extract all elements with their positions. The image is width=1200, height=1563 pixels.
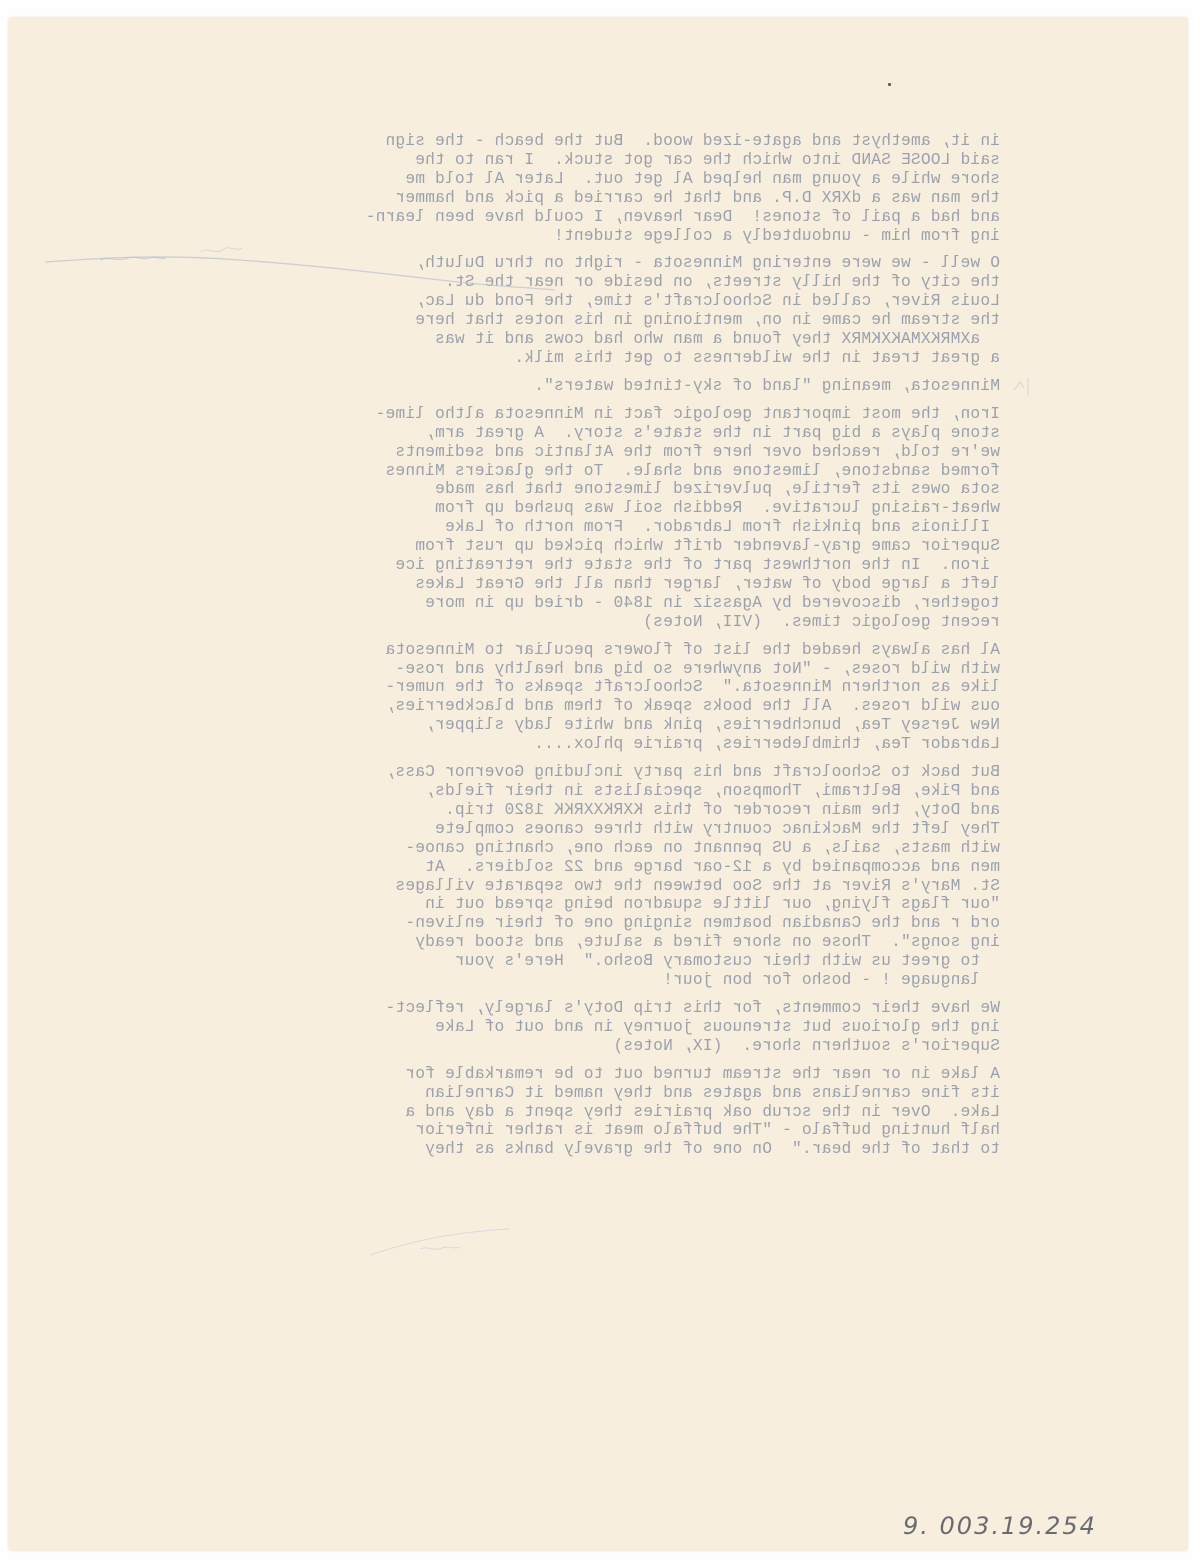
text-line: Al has always headed the list of flowers… xyxy=(140,641,1000,660)
text-line: shore while a young man helped Al get ou… xyxy=(140,170,1000,189)
archive-catalog-number: 9. 003.19.254 xyxy=(903,1512,1097,1540)
text-line: Lake. Over in the scrub oak prairies the… xyxy=(140,1103,1000,1122)
text-line: ous wild roses. All the books speak of t… xyxy=(140,697,1000,716)
text-line: Superior came gray-lavender drift which … xyxy=(140,537,1000,556)
text-line: we're told, reached over here from the A… xyxy=(140,443,1000,462)
text-line: "our flags flying, our little squadron b… xyxy=(140,895,1000,914)
text-line: its fine carnelians and agates and they … xyxy=(140,1084,1000,1103)
text-line: with masts, sails, a US pennant on each … xyxy=(140,839,1000,858)
text-line: a great treat in the wilderness to get t… xyxy=(140,349,1000,368)
paragraph-carnelian-lake: A lake in or near the stream turned out … xyxy=(140,1065,1000,1160)
paragraph-beach: in it, amethyst and agate-ized wood. But… xyxy=(140,132,1000,245)
text-line: Labrador Tea, thimbleberries, prairie ph… xyxy=(140,735,1000,754)
text-line: A lake in or near the stream turned out … xyxy=(140,1065,1000,1084)
text-line: Superior's southern shore. (IX, Notes) xyxy=(140,1037,1000,1056)
text-line: and Pike, Beltrami, Thompson, specialist… xyxy=(140,782,1000,801)
text-line: half hunting buffalo - "The buffalo meat… xyxy=(140,1121,1000,1140)
text-line: Minnesota, meaning "land of sky-tinted w… xyxy=(140,377,1000,396)
paragraph-wild-roses: Al has always headed the list of flowers… xyxy=(140,641,1000,754)
text-line: and had a pail of stones! Dear heaven, I… xyxy=(140,208,1000,227)
text-line: O well - we were entering Minnesota - ri… xyxy=(140,254,1000,273)
text-line: recent geologic times. (VII, Notes) xyxy=(140,613,1000,632)
text-line: ing from him - undoubtedly a college stu… xyxy=(140,227,1000,246)
ink-speck xyxy=(888,83,891,86)
text-line: with wild roses, - "Not anywhere so big … xyxy=(140,660,1000,679)
typewritten-text-mirrored: in it, amethyst and agate-ized wood. But… xyxy=(140,132,1000,1168)
text-line: formed sandstone, limestone and shale. T… xyxy=(140,462,1000,481)
text-line: men and accompanied by a 12-oar barge an… xyxy=(140,858,1000,877)
text-line: the man was a dXRX D.P. and that he carr… xyxy=(140,189,1000,208)
text-line: said LOOSE SAND into which the car got s… xyxy=(140,151,1000,170)
text-line: We have their comments, for this trip Do… xyxy=(140,999,1000,1018)
paragraph-iron-geology: Iron, the most important geologic fact i… xyxy=(140,405,1000,632)
paragraph-minnesota-meaning: Minnesota, meaning "land of sky-tinted w… xyxy=(140,377,1000,396)
text-line: left a large body of water, larger than … xyxy=(140,575,1000,594)
text-line: in it, amethyst and agate-ized wood. But… xyxy=(140,132,1000,151)
text-line: They left the Mackinac country with thre… xyxy=(140,820,1000,839)
text-line: ing the glorious but strenuous journey i… xyxy=(140,1018,1000,1037)
text-line: aXMRKXMAKXKMRX they found a man who had … xyxy=(140,330,1000,349)
text-line: Louis River, called in Schoolcraft's tim… xyxy=(140,292,1000,311)
text-line: like as northern Minnesota." Schoolcraft… xyxy=(140,678,1000,697)
text-line: to that of the bear." On one of the grav… xyxy=(140,1140,1000,1159)
text-line: language ! - bosho for bon jour! xyxy=(140,971,1000,990)
text-line: New Jersey Tea, bunchberries, pink and w… xyxy=(140,716,1000,735)
paragraph-comments: We have their comments, for this trip Do… xyxy=(140,999,1000,1056)
text-line: stone plays a big part in the state's st… xyxy=(140,424,1000,443)
text-line: to greet us with their customary Bosho."… xyxy=(140,952,1000,971)
text-line: But back to Schoolcraft and his party in… xyxy=(140,763,1000,782)
text-line: the stream he came in on, mentioning in … xyxy=(140,311,1000,330)
paragraph-schoolcraft-party: But back to Schoolcraft and his party in… xyxy=(140,763,1000,990)
text-line: ord r and the Canadian boatmen singing o… xyxy=(140,914,1000,933)
text-line: St. Mary's River at the Soo between the … xyxy=(140,877,1000,896)
text-line: Illinois and pinkish from Labrador. From… xyxy=(140,518,1000,537)
text-line: Iron, the most important geologic fact i… xyxy=(140,405,1000,424)
text-line: sota owes its fertile, pulverized limest… xyxy=(140,480,1000,499)
paragraph-duluth: O well - we were entering Minnesota - ri… xyxy=(140,254,1000,367)
text-line: iron. In the northwest part of the state… xyxy=(140,556,1000,575)
text-line: the city of the hilly streets, on beside… xyxy=(140,273,1000,292)
text-line: ing songs". Those on shore fired a salut… xyxy=(140,933,1000,952)
text-line: together, discovered by Agassiz in 1840 … xyxy=(140,594,1000,613)
text-line: and Doty, the main recorder of this KXRK… xyxy=(140,801,1000,820)
text-line: wheat-raising lucrative. Reddish soil wa… xyxy=(140,499,1000,518)
